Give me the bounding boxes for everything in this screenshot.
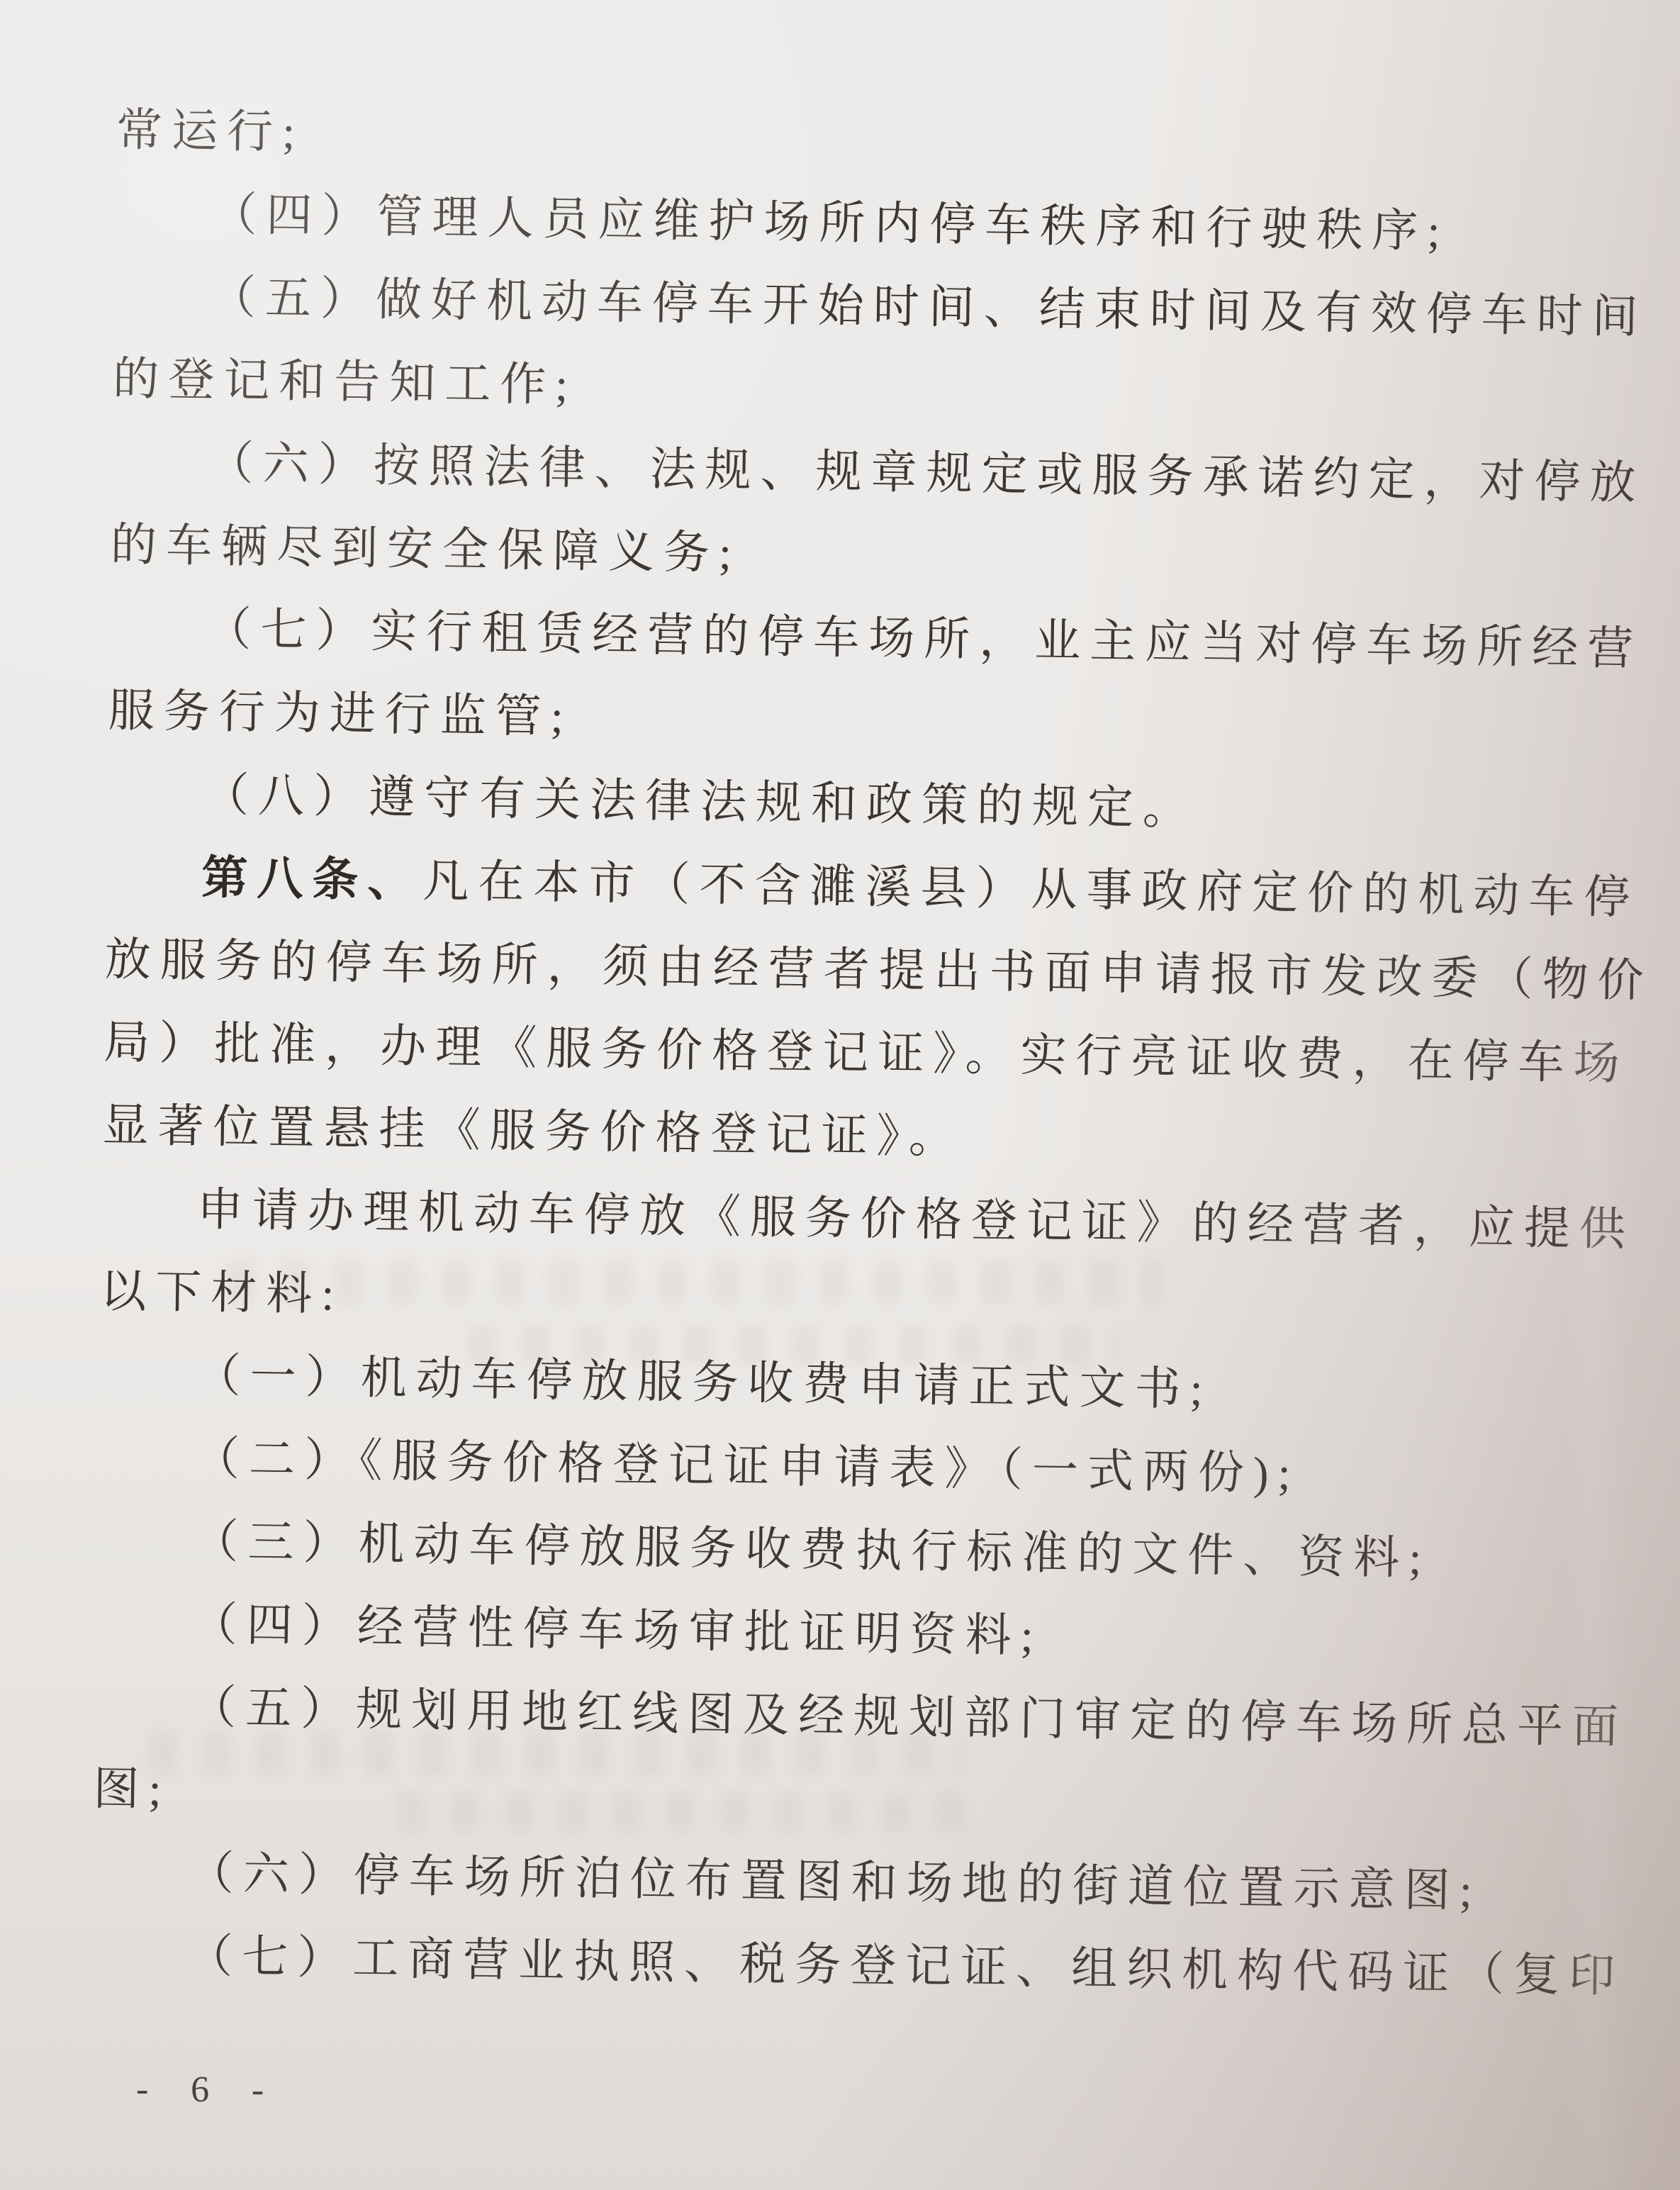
document-text-block: 常运行; （四）管理人员应维护场所内停车秩序和行驶秩序; （五）做好机动车停车开… — [90, 89, 1679, 2019]
page-number: - 6 - — [136, 2068, 281, 2111]
article-number-label: 第八条、 — [201, 853, 423, 907]
text-segment: 凡在本市（不含濉溪县）从事政府定价的机动车停 — [422, 856, 1640, 924]
scanned-document-page: 常运行; （四）管理人员应维护场所内停车秩序和行驶秩序; （五）做好机动车停车开… — [0, 0, 1680, 2190]
